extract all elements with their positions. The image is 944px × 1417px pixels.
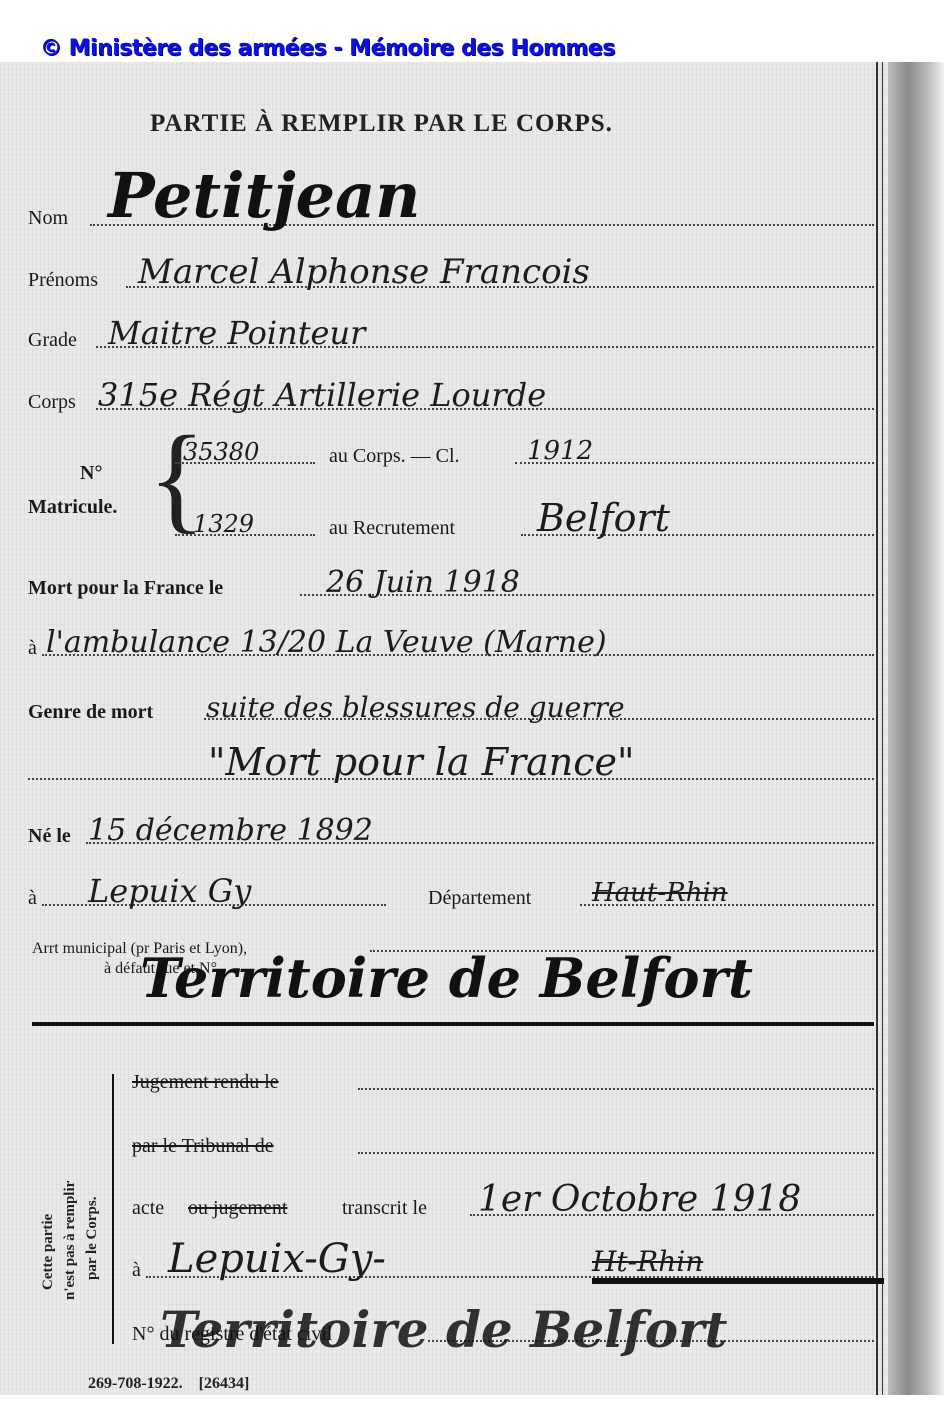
page-border-line: [876, 62, 878, 1395]
grade-value: Maitre Pointeur: [108, 314, 365, 352]
lieu-acte-value: Lepuix-Gy-: [168, 1236, 386, 1282]
acte-label: acte: [132, 1197, 164, 1220]
lieu-acte-value-struck: Ht-Rhin: [592, 1245, 703, 1278]
lieu-mort-value: l'ambulance 13/20 La Veuve (Marne): [46, 625, 607, 660]
field-ne-le: Né le 15 décembre 1892: [28, 818, 874, 848]
print-footer: 269-708-1922. [26434]: [88, 1375, 249, 1393]
genre-mort-value: suite des blessures de guerre: [206, 691, 625, 724]
lieu-mort-label: à: [28, 637, 37, 660]
recrutement-place-value: Belfort: [537, 496, 670, 540]
matricule-label-line1: N°: [80, 462, 102, 485]
brace-lower-section: [112, 1074, 114, 1344]
departement-value-struck: Haut-Rhin: [592, 878, 728, 908]
departement-label: Département: [428, 887, 531, 910]
corps-value: 315e Régt Artillerie Lourde: [98, 376, 546, 414]
dotted-line: [358, 1088, 874, 1090]
side-note-line1: Cette partie: [40, 1214, 57, 1290]
genre-mort-value-2: "Mort pour la France": [208, 740, 635, 784]
side-note: Cette partie n'est pas à remplir par le …: [40, 1110, 110, 1300]
registre-value: Territoire de Belfort: [160, 1300, 728, 1359]
print-reference: 269-708-1922.: [88, 1375, 183, 1392]
transcrit-label: transcrit le: [342, 1197, 427, 1220]
field-nom: Nom Petitjean: [28, 200, 874, 230]
field-prenoms: Prénoms Marcel Alphonse Francois: [28, 262, 874, 292]
field-matricule-recrutement: 1329 au Recrutement Belfort: [175, 510, 874, 540]
grade-label: Grade: [28, 329, 77, 352]
field-tribunal: par le Tribunal de: [132, 1128, 874, 1158]
field-genre-mort-line2: "Mort pour la France": [28, 754, 874, 784]
field-genre-mort: Genre de mort suite des blessures de gue…: [28, 694, 874, 724]
side-note-line3: par le Corps.: [84, 1197, 101, 1280]
ne-le-value: 15 décembre 1892: [88, 813, 373, 848]
mort-value: 26 Juin 1918: [326, 565, 520, 600]
tribunal-label-struck: par le Tribunal de: [132, 1135, 274, 1158]
field-matricule-corps: 35380 au Corps. — Cl. 1912: [175, 438, 874, 468]
prenoms-value: Marcel Alphonse Francois: [138, 252, 590, 292]
section-divider: [32, 1022, 874, 1026]
strike-bar: [592, 1278, 884, 1284]
field-corps: Corps 315e Régt Artillerie Lourde: [28, 384, 874, 414]
classe-value: 1912: [527, 436, 593, 466]
field-jugement: Jugement rendu le: [132, 1064, 874, 1094]
field-grade: Grade Maitre Pointeur: [28, 322, 874, 352]
genre-mort-label: Genre de mort: [28, 701, 153, 724]
acte-value: 1er Octobre 1918: [478, 1179, 801, 1220]
lieu-naissance-value: Lepuix Gy: [88, 872, 251, 910]
field-lieu-naissance: à Lepuix Gy Département Haut-Rhin: [28, 880, 874, 910]
dotted-line: [358, 1152, 874, 1154]
field-lieu-mort: à l'ambulance 13/20 La Veuve (Marne): [28, 630, 874, 660]
field-acte: acte ou jugement transcrit le 1er Octobr…: [132, 1190, 874, 1220]
matricule-label-line2: Matricule.: [28, 496, 117, 519]
nom-label: Nom: [28, 207, 68, 230]
nom-value: Petitjean: [108, 159, 420, 232]
corps-number-label: au Corps. — Cl.: [329, 445, 460, 468]
copyright-watermark: © Ministère des armées - Mémoire des Hom…: [40, 36, 615, 61]
corps-label: Corps: [28, 391, 76, 414]
jugement-label-struck: Jugement rendu le: [132, 1071, 279, 1094]
section-heading: PARTIE À REMPLIR PAR LE CORPS.: [150, 110, 613, 138]
acte-label-struck: ou jugement: [188, 1197, 287, 1220]
lieu-acte-label: à: [132, 1259, 141, 1282]
ne-le-label: Né le: [28, 825, 71, 848]
mort-label: Mort pour la France le: [28, 577, 223, 600]
print-code: [26434]: [199, 1375, 250, 1392]
recrutement-number-value: 1329: [193, 510, 254, 538]
page-edge-shadow: [888, 62, 944, 1395]
prenoms-label: Prénoms: [28, 269, 98, 292]
page-border-line-inner: [882, 62, 883, 1395]
arrondissement-value: Territoire de Belfort: [140, 946, 753, 1010]
field-mort: Mort pour la France le 26 Juin 1918: [28, 570, 874, 600]
lieu-naissance-label: à: [28, 887, 37, 910]
corps-number-value: 35380: [183, 438, 259, 466]
side-note-line2: n'est pas à remplir: [62, 1181, 79, 1300]
recrutement-label: au Recrutement: [329, 517, 455, 540]
